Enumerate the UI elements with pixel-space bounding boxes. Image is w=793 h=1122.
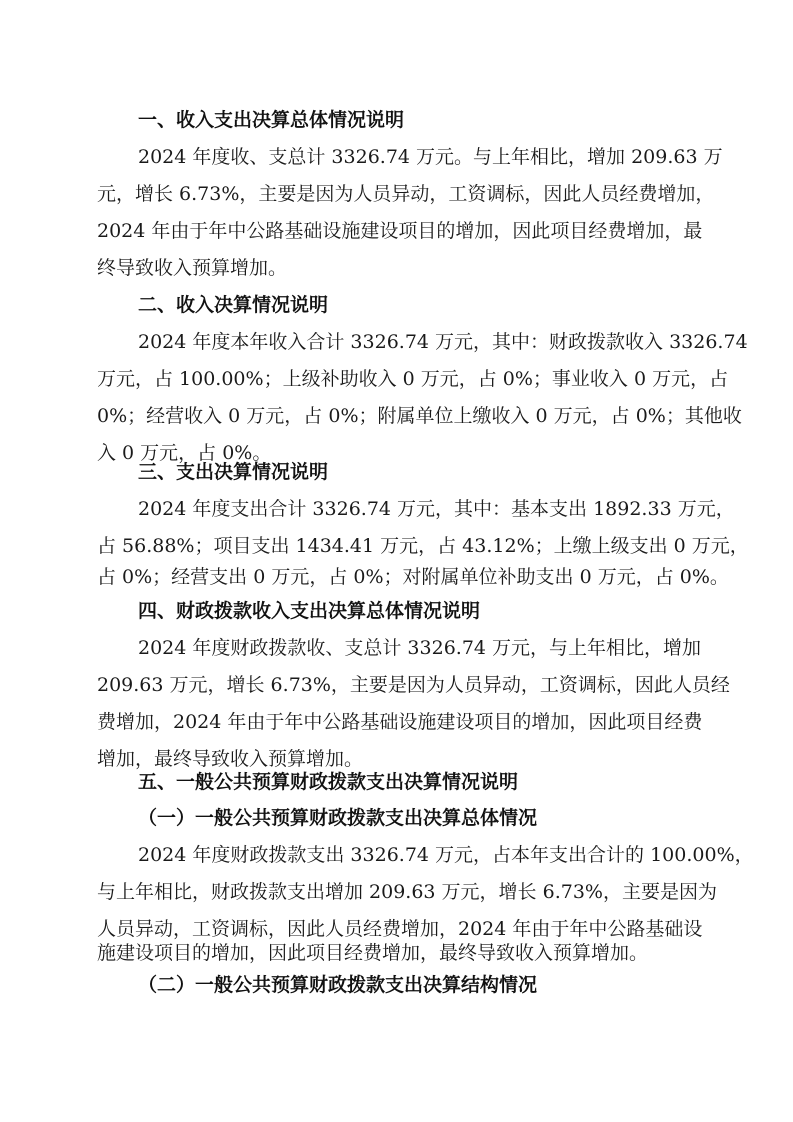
paragraph-line: 终导致收入预算增加。 — [97, 253, 697, 283]
section-heading-3: 三、支出决算情况说明 — [138, 457, 328, 487]
section-heading-4: 四、财政拨款收入支出决算总体情况说明 — [138, 596, 480, 626]
paragraph-line: 209.63 万元，增长 6.73%，主要是因为人员异动，工资调标，因此人员经 — [97, 670, 697, 700]
paragraph-line: 2024 年由于年中公路基础设施建设项目的增加，因此项目经费增加，最 — [97, 216, 697, 246]
paragraph-line: 元，增长 6.73%，主要是因为人员异动，工资调标，因此人员经费增加， — [97, 179, 697, 209]
paragraph-line: 0%；经营收入 0 万元，占 0%；附属单位上缴收入 0 万元，占 0%；其他收 — [97, 401, 697, 431]
paragraph-line: 2024 年度本年收入合计 3326.74 万元，其中：财政拨款收入 3326.… — [138, 327, 697, 357]
paragraph-line: 万元，占 100.00%；上级补助收入 0 万元，占 0%；事业收入 0 万元，… — [97, 364, 697, 394]
paragraph-line: 占 0%；经营支出 0 万元，占 0%；对附属单位补助支出 0 万元，占 0%。 — [97, 562, 697, 592]
section-heading-1: 一、收入支出决算总体情况说明 — [138, 105, 404, 135]
paragraph-line: 2024 年度财政拨款支出 3326.74 万元，占本年支出合计的 100.00… — [138, 840, 697, 870]
paragraph-line: 占 56.88%；项目支出 1434.41 万元，占 43.12%；上缴上级支出… — [97, 531, 697, 561]
document-page: 一、收入支出决算总体情况说明 2024 年度收、支总计 3326.74 万元。与… — [0, 0, 793, 1122]
paragraph-line: 与上年相比，财政拨款支出增加 209.63 万元，增长 6.73%，主要是因为 — [97, 877, 697, 907]
paragraph-line: 2024 年度财政拨款收、支总计 3326.74 万元，与上年相比，增加 — [138, 633, 697, 663]
paragraph-line: 费增加，2024 年由于年中公路基础设施建设项目的增加，因此项目经费 — [97, 707, 697, 737]
subsection-heading-5-2: （二）一般公共预算财政拨款支出决算结构情况 — [138, 970, 537, 1000]
section-heading-2: 二、收入决算情况说明 — [138, 290, 328, 320]
paragraph-line: 2024 年度收、支总计 3326.74 万元。与上年相比，增加 209.63 … — [138, 142, 697, 172]
paragraph-line: 施建设项目的增加，因此项目经费增加，最终导致收入预算增加。 — [97, 938, 697, 968]
section-heading-5: 五、一般公共预算财政拨款支出决算情况说明 — [138, 767, 518, 797]
paragraph-line: 2024 年度支出合计 3326.74 万元，其中：基本支出 1892.33 万… — [138, 494, 697, 524]
subsection-heading-5-1: （一）一般公共预算财政拨款支出决算总体情况 — [138, 803, 537, 833]
